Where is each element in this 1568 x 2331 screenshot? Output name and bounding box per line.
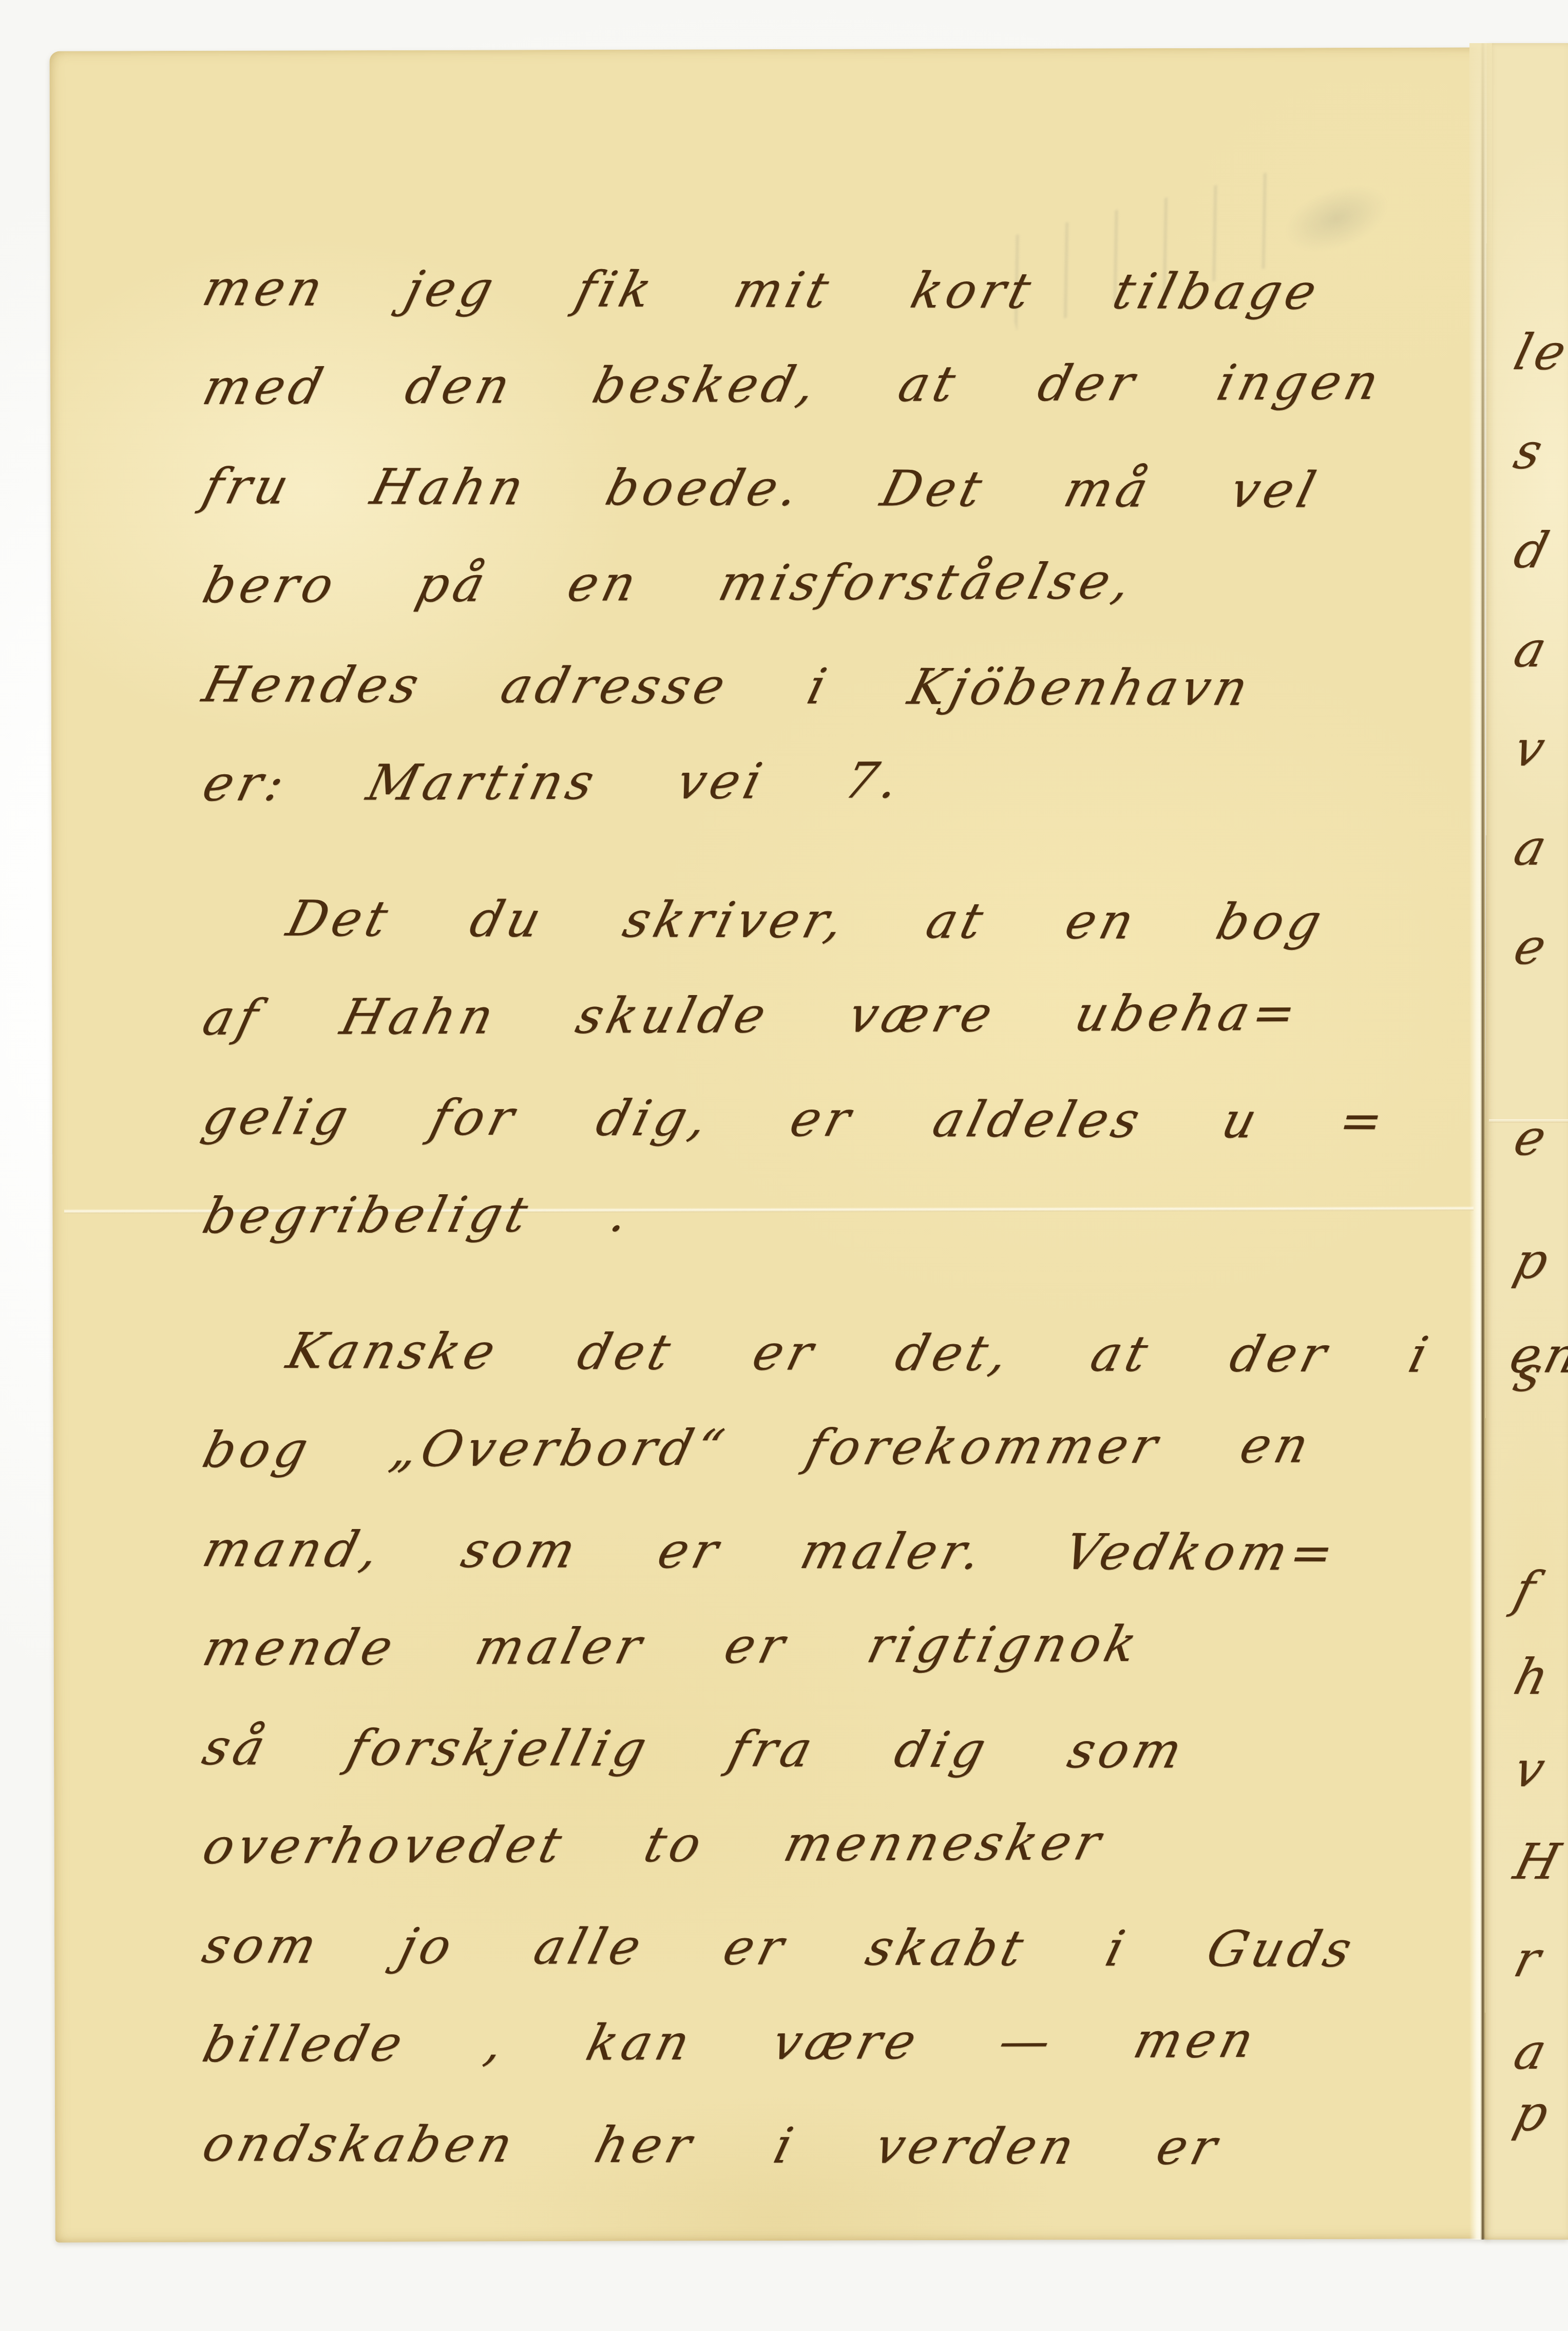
letter-line: så forskjellig fra dig som [197,1718,1192,1780]
letter-line: med den besked, at der ingen [197,353,1389,416]
letter-line: bog „Overbord“ forekommer en [197,1417,1318,1479]
letter-line: af Hahn skulde være ubeha= [197,984,1306,1046]
letter-line: bero på en misforståelse, [197,552,1141,614]
letter-line: er: Martins vei 7. [197,752,909,812]
letter-line: Hendes adresse i Kjöbenhavn [197,656,1258,717]
letter-line: fru Hahn boede. Det må vel [197,457,1326,519]
letter-line: billede , kan være — men [197,2011,1264,2073]
letter-line: Det du skriver, at en bog [281,890,1332,951]
letter-line: mende maler er rigtignok [197,1615,1147,1677]
letter-line: ondskaben her i verden er [197,2115,1227,2176]
letter-line: men jeg fik mit kort tilbage [197,259,1327,321]
letter-line: begribeligt . [197,1185,639,1245]
letter-line: som jo alle er skabt i Guds [197,1917,1362,1978]
letter-line: Kanske det er det, at der i en [281,1322,1568,1384]
letter-line: mand, som er maler. Vedkom= [197,1520,1344,1582]
fold-tear-seam [1469,43,1492,2240]
letter-line: gelig for dig, er aldeles u = [197,1088,1394,1150]
scanned-letter-canvas: men jeg fik mit kort tilbage med den bes… [0,0,1568,2331]
letter-line: overhovedet to mennesker [197,1813,1111,1875]
